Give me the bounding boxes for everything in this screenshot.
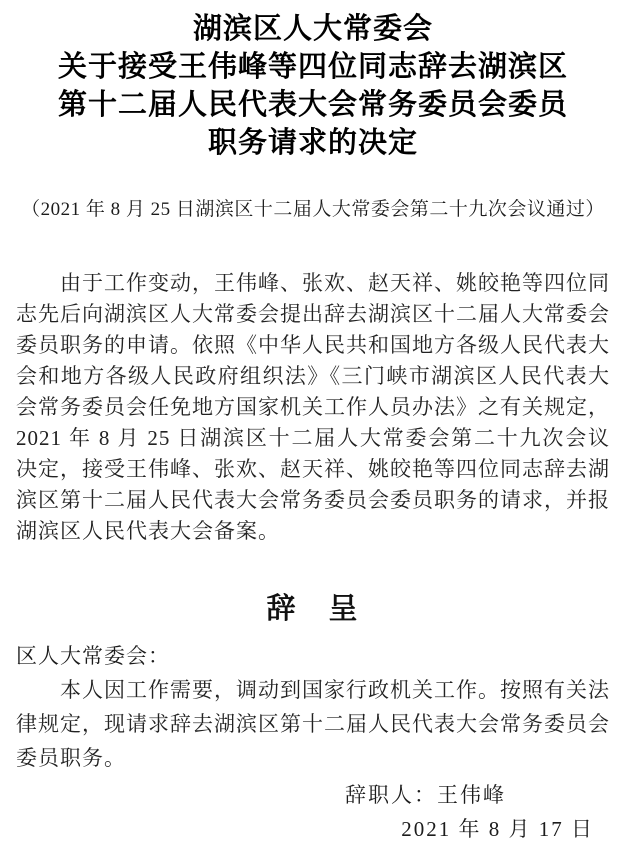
resignation-body-paragraph: 本人因工作需要，调动到国家行政机关工作。按照有关法律规定，现请求辞去湖滨区第十二… [16,673,610,775]
resignation-date: 2021 年 8 月 17 日 [16,815,610,843]
meeting-passage-note: （2021 年 8 月 25 日湖滨区十二届人大常委会第二十九次会议通过） [16,196,610,224]
decision-paragraph: 由于工作变动，王伟峰、张欢、赵天祥、姚皎艳等四位同志先后向湖滨区人大常委会提出辞… [16,268,610,547]
document-page: 湖滨区人大常委会 关于接受王伟峰等四位同志辞去湖滨区 第十二届人民代表大会常务委… [0,0,624,852]
title-line-4: 职务请求的决定 [16,124,610,162]
resignation-salutation: 区人大常委会： [16,641,610,671]
title-line-3: 第十二届人民代表大会常务委员会委员 [16,86,610,124]
document-title: 湖滨区人大常委会 关于接受王伟峰等四位同志辞去湖滨区 第十二届人民代表大会常务委… [16,10,610,162]
resignation-signer: 辞职人：王伟峰 [16,781,610,809]
title-line-2: 关于接受王伟峰等四位同志辞去湖滨区 [16,48,610,86]
title-line-1: 湖滨区人大常委会 [16,10,610,48]
resignation-letter-heading: 辞 呈 [16,589,610,629]
